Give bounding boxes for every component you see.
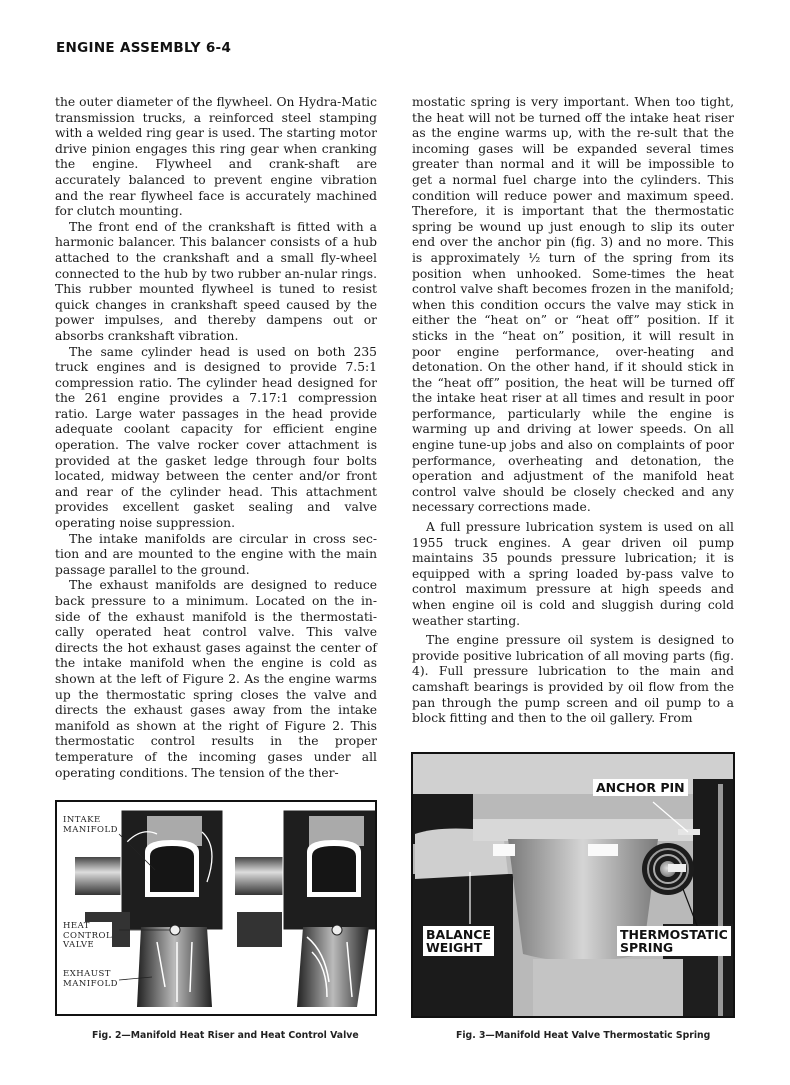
exhaust-manifold-label: EXHAUSTMANIFOLD [63,970,118,989]
cutaway-right [235,810,375,1007]
left-text-column: the outer diameter of the flywheel. On H… [55,95,377,781]
figure-3-photo: ANCHOR PIN BALANCEWEIGHT THERMOSTATICSPR… [411,752,735,1018]
figure-3-caption: Fig. 3—Manifold Heat Valve Thermostatic … [456,1030,710,1041]
figure-2-caption: Fig. 2—Manifold Heat Riser and Heat Cont… [92,1030,359,1041]
figure-2-illustration: INTAKEMANIFOLD HEATCONTROLVALVE EXHAUSTM… [55,800,377,1016]
paragraph: The intake manifolds are circular in cro… [55,532,377,579]
paragraph: The exhaust manifolds are designed to re… [55,578,377,781]
spring-coil [642,843,694,895]
anchor-pin-label: ANCHOR PIN [593,779,688,796]
paragraph: A full pressure lubrication system is us… [412,520,734,629]
paragraph: The engine pressure oil system is design… [412,633,734,727]
thermostatic-spring-label: THERMOSTATICSPRING [617,926,731,956]
paragraph: the outer diameter of the flywheel. On H… [55,95,377,220]
paragraph: mostatic spring is very important. When … [412,95,734,516]
paragraph: The front end of the crankshaft is fitte… [55,220,377,345]
balance-weight-label: BALANCEWEIGHT [423,926,494,956]
intake-manifold-label: INTAKEMANIFOLD [63,816,118,835]
right-text-column: mostatic spring is very important. When … [412,95,734,727]
heat-control-valve-label: HEATCONTROLVALVE [63,922,112,951]
page-header: ENGINE ASSEMBLY 6-4 [56,40,231,56]
paragraph: The same cylinder head is used on both 2… [55,345,377,532]
